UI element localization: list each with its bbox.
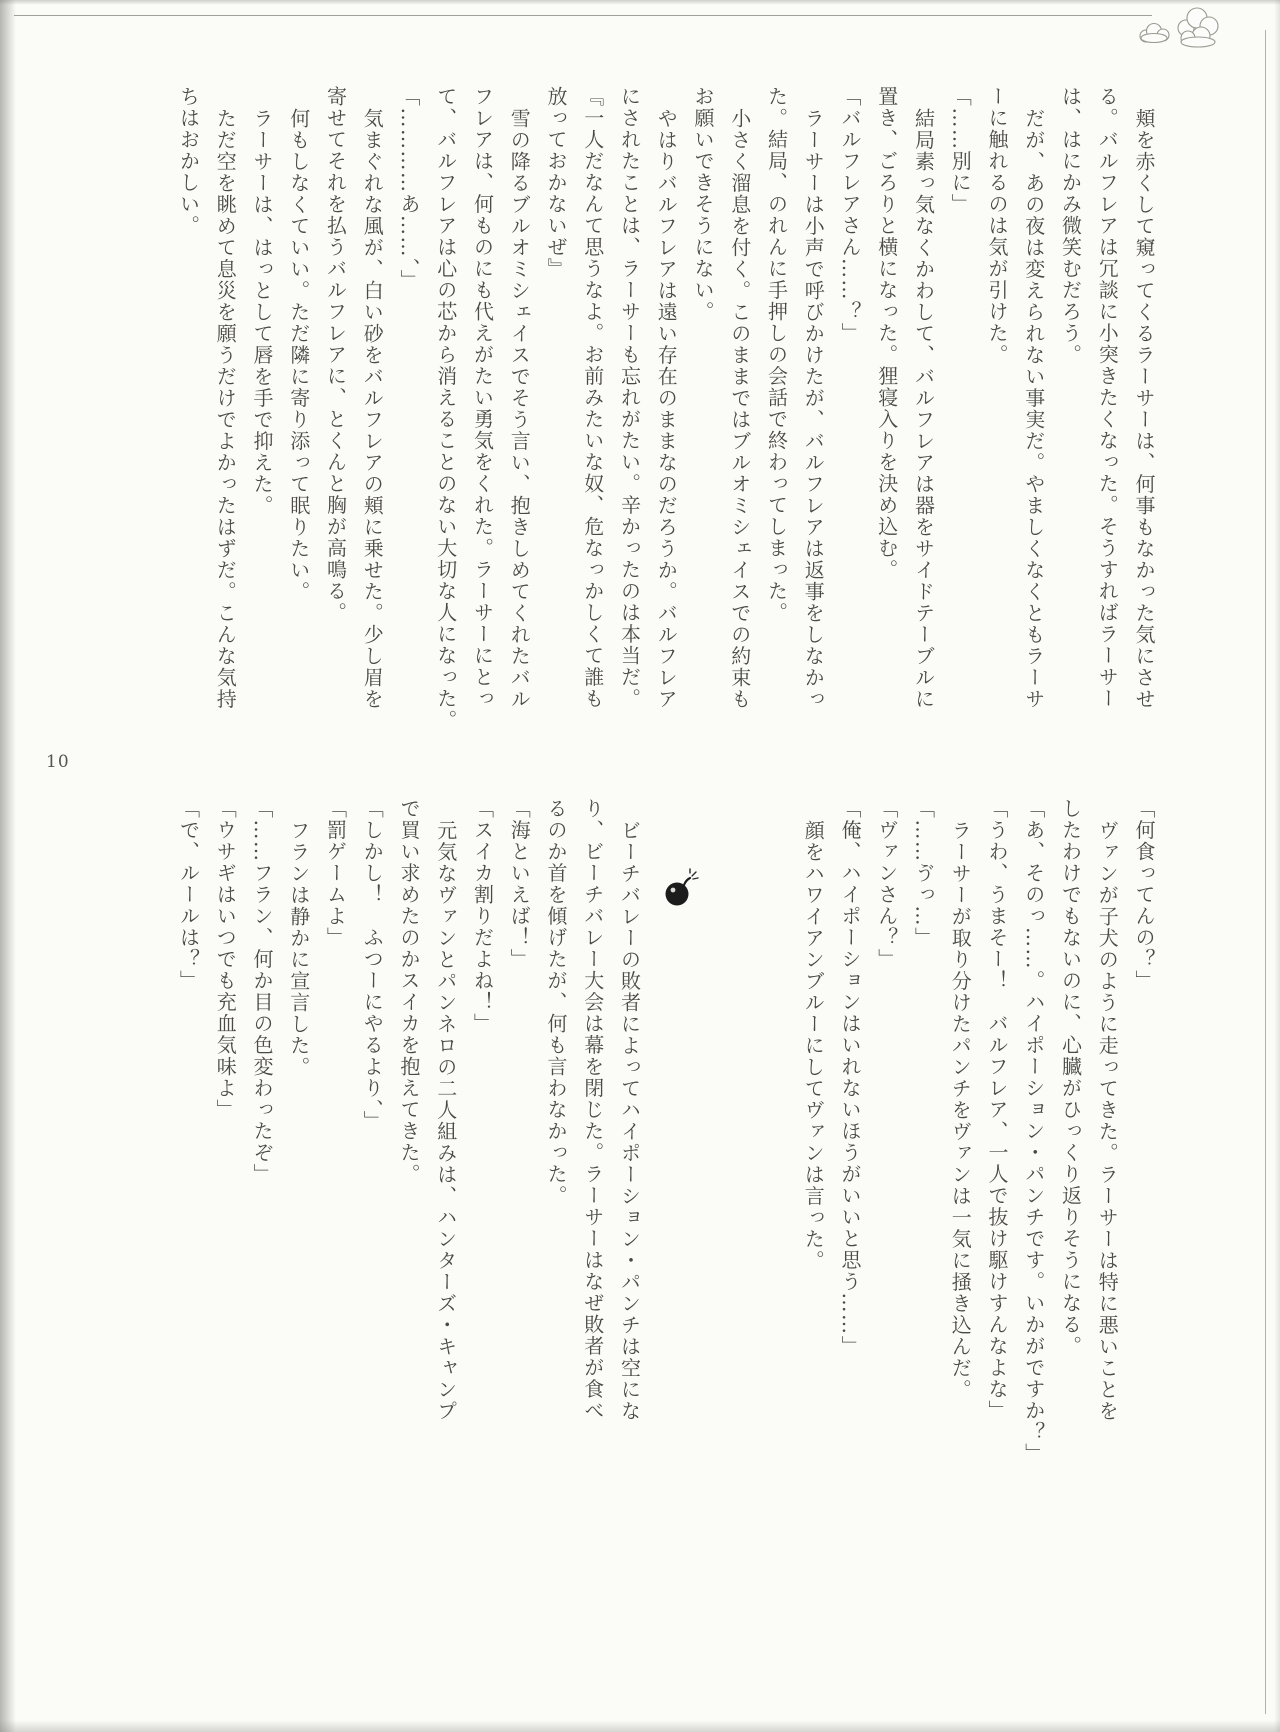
text-column: 「で、ルールは？」	[170, 798, 207, 1504]
page-frame-top-line	[14, 15, 1152, 16]
text-column: 放っておかないぜ』	[537, 86, 574, 758]
scan-shadow-bottom	[0, 1720, 1280, 1732]
scan-shadow-top	[0, 0, 1280, 5]
text-column: 「……フラン、何か目の色変わったぞ」	[243, 798, 280, 1504]
text-column: ヴァンが子犬のように走ってきた。ラーサーは特に悪いことを	[1089, 798, 1126, 1504]
text-column: 「海といえば！」	[501, 798, 538, 1504]
text-column: り、ビーチバレー大会は幕を閉じた。ラーサーはなぜ敗者が食べ	[574, 798, 611, 1504]
page-number: 10	[46, 752, 70, 772]
text-column: 「スイカ割りだよね！」	[464, 798, 501, 1504]
text-column: 「バルフレアさん……？」	[831, 86, 868, 758]
text-column: 『一人だなんて思うなよ。お前みたいな奴、危なっかしくて誰も	[574, 86, 611, 758]
text-column: 「ウサギはいつでも充血気味よ」	[207, 798, 244, 1504]
blank-column	[721, 798, 758, 1504]
text-column: 結局素っ気なくかわして、バルフレアは器をサイドテーブルに	[905, 86, 942, 758]
text-column: 「あ、そのっ……。ハイポーション・パンチです。いかがですか？」	[1015, 798, 1052, 1504]
text-column: ラーサーは小声で呼びかけたが、バルフレアは返事をしなかっ	[795, 86, 832, 758]
text-column: た。結局、のれんに手押しの会話で終わってしまった。	[758, 86, 795, 758]
text-column: お願いできそうにない。	[684, 86, 721, 758]
text-column: 寄せてそれを払うバルフレアに、とくんと胸が高鳴る。	[317, 86, 354, 758]
text-column: 「しかし！ ふつーにやるより、」	[354, 798, 391, 1504]
text-column: ちはおかしい。	[170, 86, 207, 758]
blank-column	[648, 798, 685, 1504]
text-column: で買い求めたのかスイカを抱えてきた。	[390, 798, 427, 1504]
text-column: 「俺、ハイポーションはいれないほうがいいと思う……」	[831, 798, 868, 1504]
text-column: 「……別に」	[942, 86, 979, 758]
text-column: フランは静かに宣言した。	[280, 798, 317, 1504]
text-column: るのか首を傾げたが、何も言わなかった。	[537, 798, 574, 1504]
text-column: ラーサーは、はっとして唇を手で抑えた。	[243, 86, 280, 758]
text-column: 「…………あ……、」	[390, 86, 427, 758]
scan-shadow-left	[0, 0, 16, 1732]
scanned-page: { "page": { "number": "10" }, "colors": …	[0, 0, 1280, 1732]
text-column: 置き、ごろりと横になった。狸寝入りを決め込む。	[868, 86, 905, 758]
text-column: は、はにかみ微笑むだろう。	[1052, 86, 1089, 758]
text-column: 小さく溜息を付く。このままではブルオミシェイスでの約束も	[721, 86, 758, 758]
text-column: ラーサーが取り分けたパンチをヴァンは一気に掻き込んだ。	[942, 798, 979, 1504]
text-column: 雪の降るブルオミシェイスでそう言い、抱きしめてくれたバル	[501, 86, 538, 758]
text-column: ビーチバレーの敗者によってハイポーション・パンチは空にな	[611, 798, 648, 1504]
text-column: やはりバルフレアは遠い存在のままなのだろうか。バルフレア	[648, 86, 685, 758]
page-frame-right-line	[1265, 30, 1266, 1714]
text-column: 顔をハワイアンブルーにしてヴァンは言った。	[795, 798, 832, 1504]
scan-shadow-right	[1274, 0, 1280, 1732]
text-block-bottom: 「何食ってんの？」ヴァンが子犬のように走ってきた。ラーサーは特に悪いことをしたわ…	[170, 798, 1162, 1504]
text-column: 元気なヴァンとパンネロの二人組みは、ハンターズ・キャンプ	[427, 798, 464, 1504]
text-column: にされたことは、ラーサーも忘れがたい。辛かったのは本当だ。	[611, 86, 648, 758]
text-column: 「ヴァンさん？」	[868, 798, 905, 1504]
text-column: 「うわ、うまそー！ バルフレア、一人で抜け駆けすんなよな」	[978, 798, 1015, 1504]
cloud-doodle-icon	[1128, 0, 1232, 54]
text-block-top: 頬を赤くして窺ってくるラーサーは、何事もなかった気にさせる。バルフレアは冗談に小…	[170, 86, 1162, 758]
blank-column	[758, 798, 795, 1504]
text-column: る。バルフレアは冗談に小突きたくなった。そうすればラーサー	[1089, 86, 1126, 758]
text-column: て、バルフレアは心の芯から消えることのない大切な人になった。	[427, 86, 464, 758]
text-column: フレアは、何ものにも代えがたい勇気をくれた。ラーサーにとっ	[464, 86, 501, 758]
text-column: 頬を赤くして窺ってくるラーサーは、何事もなかった気にさせ	[1125, 86, 1162, 758]
text-column: だが、あの夜は変えられない事実だ。やましくなくともラーサ	[1015, 86, 1052, 758]
text-column: 「罰ゲームよ」	[317, 798, 354, 1504]
blank-column	[684, 798, 721, 1504]
text-column: 「……ゔっ…」	[905, 798, 942, 1504]
text-column: 気まぐれな風が、白い砂をバルフレアの頬に乗せた。少し眉を	[354, 86, 391, 758]
text-column: ただ空を眺めて息災を願うだけでよかったはずだ。こんな気持	[207, 86, 244, 758]
text-column: ーに触れるのは気が引けた。	[978, 86, 1015, 758]
text-column: したわけでもないのに、心臓がひっくり返りそうになる。	[1052, 798, 1089, 1504]
text-column: 「何食ってんの？」	[1125, 798, 1162, 1504]
text-column: 何もしなくていい。ただ隣に寄り添って眠りたい。	[280, 86, 317, 758]
